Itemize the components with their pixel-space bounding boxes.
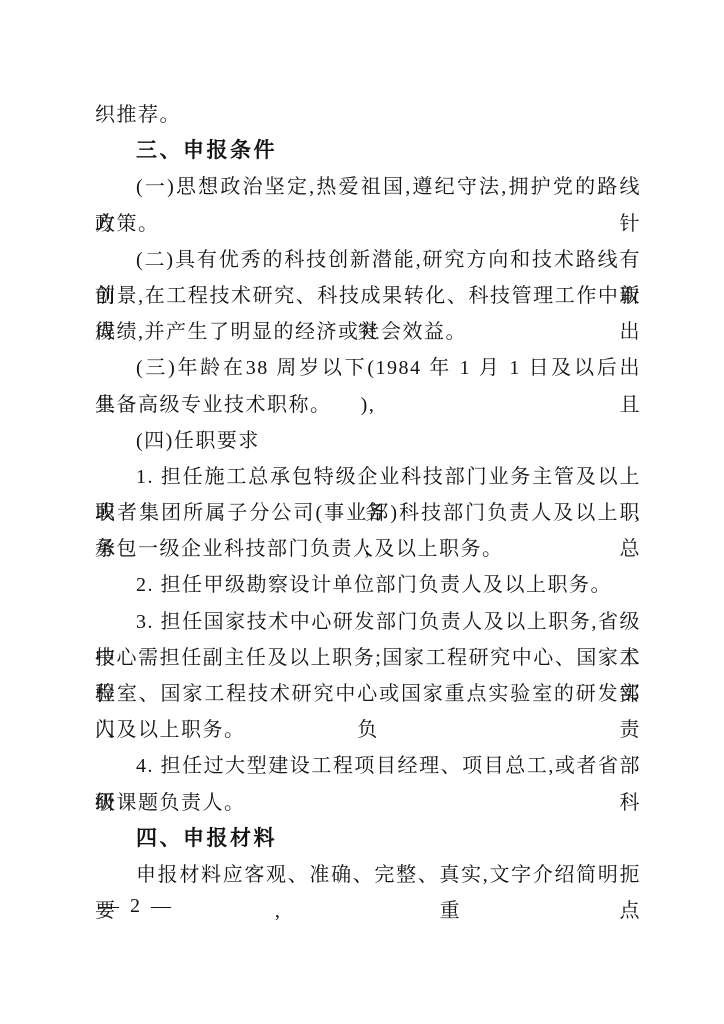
- text-line: (四)任职要求: [95, 423, 641, 459]
- document-body: 织推荐。三、申报条件(一)思想政治坚定,热爱祖国,遵纪守法,拥护党的路线方针政策…: [95, 97, 641, 893]
- text-line: 4. 担任过大型建设工程项目经理、项目总工,或者省部级科: [95, 748, 641, 784]
- text-line: 1. 担任施工总承包特级企业科技部门业务主管及以上职务,: [95, 459, 641, 495]
- page-number: — 2 —: [99, 890, 174, 922]
- text-line: (一)思想政治坚定,热爱祖国,遵纪守法,拥护党的路线方针: [95, 169, 641, 205]
- text-line: 前景,在工程技术研究、科技成果转化、科技管理工作中取得突出: [95, 278, 641, 314]
- text-line: 或者集团所属子分公司(事业部)科技部门负责人及以上职务;总: [95, 495, 641, 531]
- text-line: 2. 担任甲级勘察设计单位部门负责人及以上职务。: [95, 567, 641, 603]
- section-heading: 三、申报条件: [95, 133, 641, 169]
- text-line: (二)具有优秀的科技创新潜能,研究方向和技术路线有创新: [95, 242, 641, 278]
- document-page: 织推荐。三、申报条件(一)思想政治坚定,热爱祖国,遵纪守法,拥护党的路线方针政策…: [0, 0, 724, 1024]
- text-line: (三)年龄在38 周岁以下(1984 年 1 月 1 日及以后出生),且: [95, 350, 641, 386]
- text-line: 中心需担任副主任及以上职务;国家工程研究中心、国家工程实: [95, 640, 641, 676]
- section-heading: 四、申报材料: [95, 821, 641, 857]
- text-line: 织推荐。: [95, 97, 641, 133]
- text-line: 申报材料应客观、准确、完整、真实,文字介绍简明扼要,重点: [95, 857, 641, 893]
- text-line: 3. 担任国家技术中心研发部门负责人及以上职务,省级技术: [95, 604, 641, 640]
- text-line: 验室、国家工程技术研究中心或国家重点实验室的研发部门负责: [95, 676, 641, 712]
